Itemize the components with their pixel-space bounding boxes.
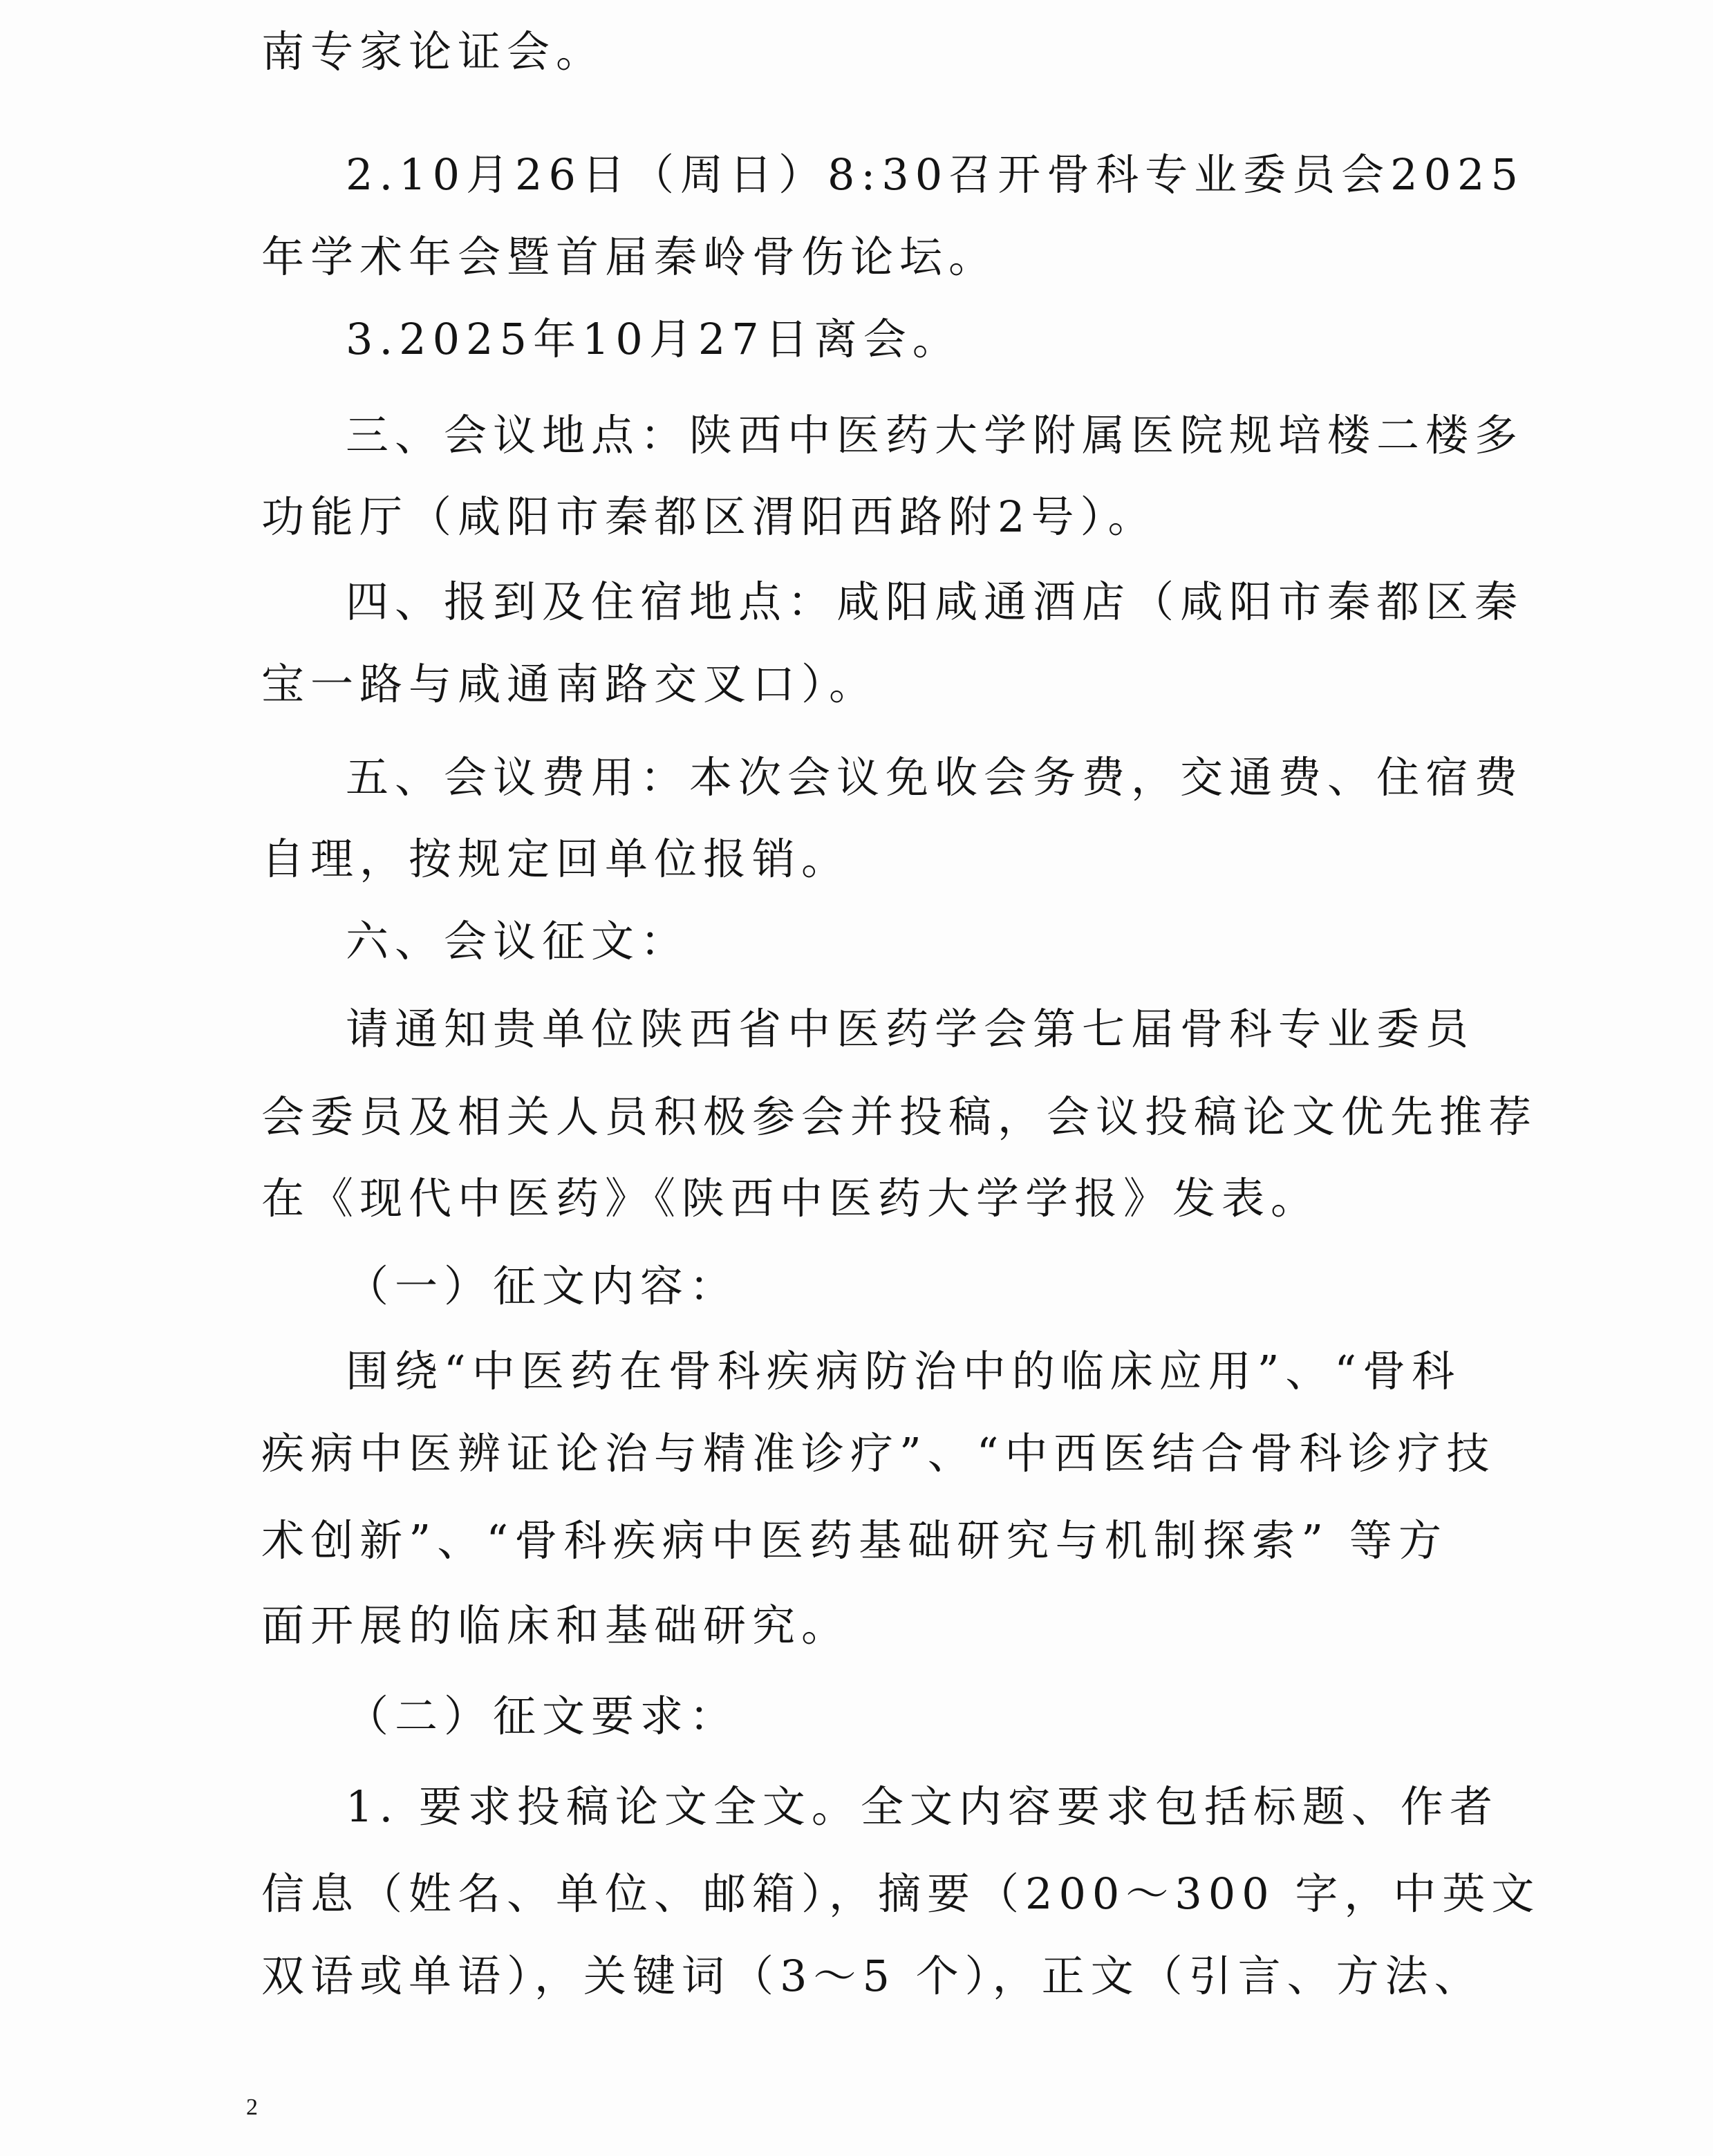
text-line: （一）征文内容： — [346, 1259, 1448, 1314]
text-line: 三、会议地点：陕西中医药大学附属医院规培楼二楼多 — [346, 408, 1448, 463]
text-line: 2.10月26日（周日）8:30召开骨科专业委员会2025 — [346, 147, 1448, 203]
text-line: 功能厅（咸阳市秦都区渭阳西路附2号）。 — [261, 489, 1448, 545]
text-line: 五、会议费用：本次会议免收会务费，交通费、住宿费 — [346, 750, 1448, 805]
text-line: 南专家论证会。 — [261, 24, 1448, 79]
text-line: 3.2025年10月27日离会。 — [346, 312, 1448, 367]
text-line: 在《现代中医药》《陕西中医药大学学报》发表。 — [261, 1171, 1448, 1226]
text-line: 1. 要求投稿论文全文。全文内容要求包括标题、作者 — [346, 1779, 1448, 1835]
text-line: 疾病中医辨证论治与精准诊疗”、“中西医结合骨科诊疗技 — [261, 1426, 1448, 1481]
text-line: 信息（姓名、单位、邮箱），摘要（200～300 字，中英文 — [261, 1866, 1448, 1922]
text-line: 面开展的临床和基础研究。 — [261, 1598, 1448, 1653]
text-line: 年学术年会暨首届秦岭骨伤论坛。 — [261, 229, 1448, 285]
text-line: 术创新”、“骨科疾病中医药基础研究与机制探索” 等方 — [261, 1513, 1448, 1568]
page-number: 2 — [246, 2094, 258, 2121]
text-line: 六、会议征文： — [346, 914, 1448, 969]
text-line: 围绕“中医药在骨科疾病防治中的临床应用”、“骨科 — [346, 1344, 1448, 1399]
text-line: （二）征文要求： — [346, 1689, 1448, 1744]
text-line: 宝一路与咸通南路交叉口）。 — [261, 657, 1448, 712]
text-line: 自理，按规定回单位报销。 — [261, 832, 1448, 887]
document-page: 南专家论证会。2.10月26日（周日）8:30召开骨科专业委员会2025年学术年… — [0, 0, 1713, 2156]
text-line: 双语或单语），关键词（3～5 个），正文（引言、方法、 — [261, 1949, 1448, 2004]
text-line: 四、报到及住宿地点：咸阳咸通酒店（咸阳市秦都区秦 — [346, 574, 1448, 630]
text-line: 会委员及相关人员积极参会并投稿，会议投稿论文优先推荐 — [261, 1089, 1448, 1145]
text-line: 请通知贵单位陕西省中医药学会第七届骨科专业委员 — [346, 1002, 1448, 1057]
